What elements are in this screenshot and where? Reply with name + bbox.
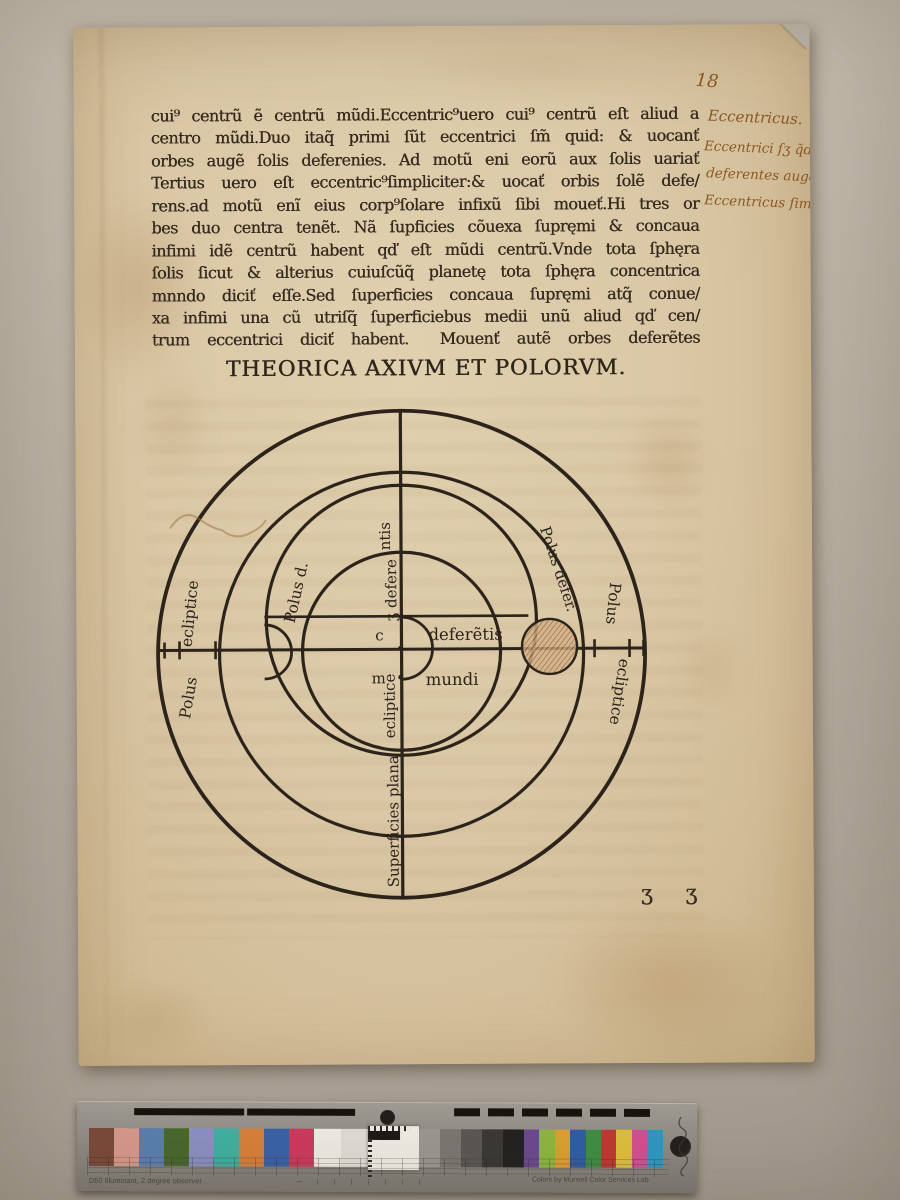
solar-body <box>522 619 577 674</box>
ink-smudge <box>170 515 266 537</box>
centrum-deferentis-dot <box>398 646 403 651</box>
text-line: xa infimi una cũ utriſq̃ ſuperficiebus m… <box>152 305 700 330</box>
slanted-edge-bar <box>368 1131 400 1140</box>
diagram-label: Superficies plana <box>384 755 403 887</box>
theorica-woodcut-diagram: ecliptice Polus Polus ecliptice Polus d.… <box>125 391 702 928</box>
handwritten-signature <box>674 1115 688 1177</box>
ruler-black-bar <box>134 1108 244 1115</box>
page-corner <box>774 24 810 49</box>
diagram-label: Polus <box>602 582 624 626</box>
diagram-label: Polus <box>176 676 201 721</box>
illuminant-caption: D50 Illuminant, 2 degree observer <box>89 1176 202 1185</box>
diagram-label: ʒ defere <box>382 559 400 621</box>
diagram-label: ecliptice <box>381 674 399 739</box>
text-line: ſolis ſicut & alterius cuiuſcũq̃ planetę… <box>152 260 700 285</box>
color-calibration-ruler: D50 Illuminant, 2 degree observer → Colo… <box>77 1101 697 1193</box>
marginal-note: Eccentricus. <box>707 107 802 129</box>
text-line: trum eccentrici diciť habent. Mouenť aut… <box>152 327 700 352</box>
text-line: orbes augẽ ſolis deferenies. Ad motũ eni… <box>151 148 699 173</box>
diagram-label: mundi <box>426 670 479 689</box>
diagram-label: ntis <box>376 522 394 550</box>
ruler-hole <box>380 1110 395 1125</box>
munsell-credit-caption: Colors by Munsell Color Services Lab <box>532 1177 649 1184</box>
text-line: bes duo centra tenẽt. Nã ſupficies cõuex… <box>151 215 699 240</box>
diagram-label: Polus defer. <box>536 524 581 614</box>
centrum-mundi-dot <box>398 675 403 680</box>
main-text-block: cui⁹ centrũ ẽ centrũ mũdi.Eccentric⁹uero… <box>151 103 700 353</box>
lab-values-table <box>87 1157 669 1177</box>
diagram-label: c <box>375 626 384 644</box>
delta-arrow: → <box>295 1176 303 1185</box>
text-line: Tertius uero eſt eccentric⁹ſimpliciter:&… <box>151 170 699 195</box>
text-line: cui⁹ centrũ ẽ centrũ mũdi.Eccentric⁹uero… <box>151 103 699 128</box>
ruler-dash-marks <box>454 1108 650 1117</box>
text-line: mnndo diciť eſſe.Sed ſuperficies concaua… <box>152 282 700 307</box>
diagram-label: Polus d. <box>281 560 312 624</box>
page-crease <box>99 28 108 1066</box>
marginal-note: deferentes augẽ <box>706 165 815 185</box>
photograph-of-incunable-page: { "page_number": "18", "text_block": { "… <box>0 0 900 1200</box>
stain <box>373 45 693 92</box>
marginal-note: Eccentrici ſʒ q̃d <box>704 138 813 158</box>
quire-signature-marks: ʒ ʒ <box>641 881 711 905</box>
text-line: centro mũdi.Duo itaq̃ primi ſũt eccentri… <box>151 125 699 150</box>
diagram-label: deferẽtis <box>428 625 502 644</box>
text-line: infimi idẽ centrũ habent qď eſt mũdi cen… <box>151 237 699 262</box>
marginal-note: Eccentricus ſim <box>704 192 812 212</box>
book-page: cui⁹ centrũ ẽ centrũ mũdi.Eccentric⁹uero… <box>73 24 814 1066</box>
delta-values <box>317 1179 427 1185</box>
section-heading: THEORICA AXIVM ET POLORVM. <box>152 355 700 383</box>
text-line: rens.ad motũ enĩ eius corp⁹ſolare infixũ… <box>151 192 699 217</box>
ruler-black-bar <box>247 1109 355 1116</box>
handwritten-page-number: 18 <box>695 70 720 93</box>
diagram-label: ecliptice <box>178 580 203 648</box>
diagram-label: ecliptice <box>606 657 634 726</box>
